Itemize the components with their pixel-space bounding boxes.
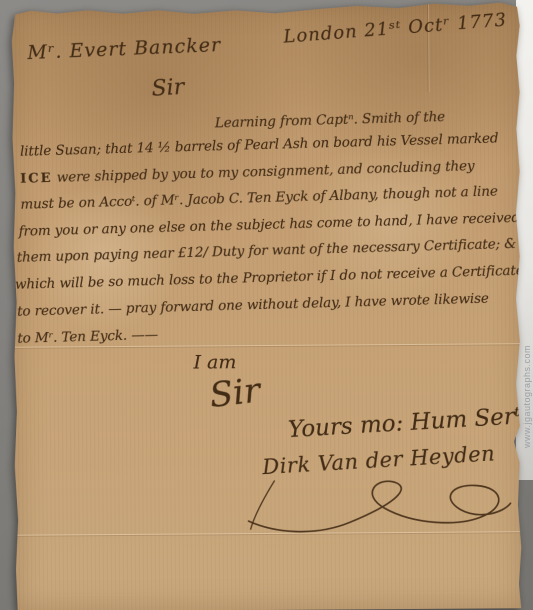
letter-body-line: ICE were shipped by you to my consignmen… <box>20 158 475 187</box>
letter-salutation: Sir <box>151 75 185 102</box>
letter-paper-wrapper: London 21ˢᵗ Octʳ 1773 Mʳ. Evert Bancker … <box>11 1 524 610</box>
letter-body-line: Learning from Captⁿ. Smith of the <box>215 109 446 131</box>
closing-i-am: I am <box>193 351 236 373</box>
letter-body-line: from you or any one else on the subject … <box>18 210 520 240</box>
letter-body-line: must be on Accoᵗ. of Mʳ. Jacob C. Ten Ey… <box>20 183 498 212</box>
letter-dateline: London 21ˢᵗ Octʳ 1773 <box>283 10 508 48</box>
photo-watermark: www.jgautographs.com <box>522 298 532 448</box>
signature-flourish <box>244 469 515 549</box>
cask-mark-ice: ICE <box>20 171 53 187</box>
letter-body-line: which will be so much loss to the Propri… <box>15 263 524 293</box>
letter-body-line-rest: were shipped by you to my consignment, a… <box>52 158 474 186</box>
closing-sir: Sir <box>208 371 263 416</box>
letter-paper: London 21ˢᵗ Octʳ 1773 Mʳ. Evert Bancker … <box>11 1 524 610</box>
closing-compliment: Yours mo: Hum Serᵗ. <box>287 403 528 443</box>
letter-recipient: Mʳ. Evert Bancker <box>27 34 222 64</box>
letter-body-line: to recover it. — pray forward one withou… <box>17 291 489 320</box>
letter-body-line: them upon paying near £12/ Duty for want… <box>17 236 517 266</box>
letter-body-line: to Mʳ. Ten Eyck. —— <box>17 327 158 347</box>
letter-body-line: little Susan; that 14 ½ barrels of Pearl… <box>20 130 499 159</box>
